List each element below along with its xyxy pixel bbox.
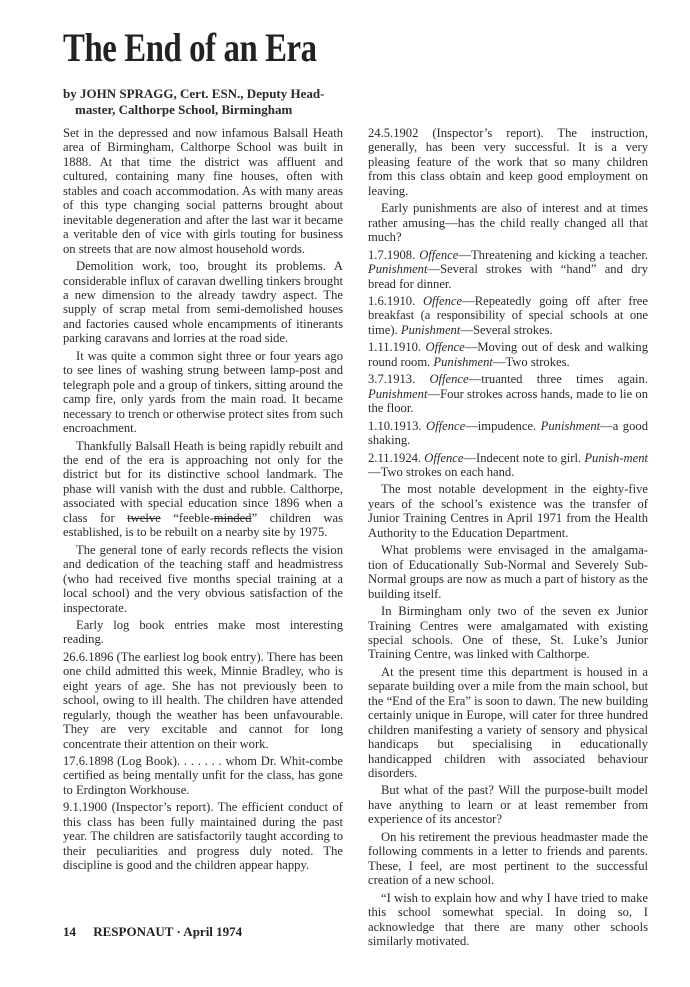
offence-label: Offence bbox=[426, 419, 465, 433]
left-column: Set in the depressed and now infamous Ba… bbox=[63, 126, 343, 876]
byline-line-1: by JOHN SPRAGG, Cert. ESN., Deputy Head- bbox=[63, 86, 324, 101]
paragraph: Thankfully Balsall Heath is being rapidl… bbox=[63, 439, 343, 540]
punishment-text: —Two strokes on each hand. bbox=[368, 465, 514, 479]
paragraph: The general tone of early records reflec… bbox=[63, 543, 343, 615]
punishment-entry: 2.11.1924. Offence—Indecent note to girl… bbox=[368, 451, 648, 480]
entry-date: 2.11.1924. bbox=[368, 451, 421, 465]
punishment-entry: 1.7.1908. Offence—Threatening and kickin… bbox=[368, 248, 648, 291]
paragraph: What problems were envisaged in the amal… bbox=[368, 543, 648, 601]
paragraph: Demolition work, too, brought its proble… bbox=[63, 259, 343, 346]
punishment-label: Punishment bbox=[433, 355, 492, 369]
offence-text: —Indecent note to girl. bbox=[463, 451, 584, 465]
paragraph: Set in the depressed and now infamous Ba… bbox=[63, 126, 343, 256]
entry-date: 1.6.1910. bbox=[368, 294, 415, 308]
right-column: 24.5.1902 (Inspector’s report). The inst… bbox=[368, 126, 648, 951]
paragraph: Early log book entries make most interes… bbox=[63, 618, 343, 647]
byline-line-2: master, Calthorpe School, Birmingham bbox=[63, 102, 353, 118]
punishment-entry: 1.11.1910. Offence—Moving out of desk an… bbox=[368, 340, 648, 369]
log-entry: 24.5.1902 (Inspector’s report). The inst… bbox=[368, 126, 648, 198]
offence-label: Offence bbox=[419, 248, 458, 262]
page-number: 14 bbox=[63, 924, 76, 939]
log-entry: 9.1.1900 (Inspector’s report). The effic… bbox=[63, 800, 343, 872]
punishment-entry: 3.7.1913. Offence—truanted three times a… bbox=[368, 372, 648, 415]
page-footer: 14 RESPONAUT · April 1974 bbox=[63, 924, 242, 940]
publication-info: RESPONAUT · April 1974 bbox=[93, 924, 242, 939]
offence-text: —Threatening and kicking a teacher. bbox=[458, 248, 648, 262]
log-entry: 17.6.1898 (Log Book). . . . . . . whom D… bbox=[63, 754, 343, 797]
paragraph: The most notable development in the eigh… bbox=[368, 482, 648, 540]
punishment-label: Punishment bbox=[368, 262, 427, 276]
entry-date: 1.10.1913. bbox=[368, 419, 422, 433]
entry-date: 3.7.1913. bbox=[368, 372, 415, 386]
text-run: “feeble- bbox=[161, 511, 214, 525]
offence-text: —truanted three times again. bbox=[469, 372, 648, 386]
punishment-text: —Two strokes. bbox=[493, 355, 570, 369]
offence-label: Offence bbox=[426, 340, 465, 354]
paragraph: On his retirement the previous headmaste… bbox=[368, 830, 648, 888]
paragraph: “I wish to explain how and why I have tr… bbox=[368, 891, 648, 949]
paragraph: In Birmingham only two of the seven ex J… bbox=[368, 604, 648, 662]
byline: by JOHN SPRAGG, Cert. ESN., Deputy Head-… bbox=[63, 86, 353, 118]
offence-text: —impudence. bbox=[465, 419, 540, 433]
article-title: The End of an Era bbox=[63, 24, 317, 71]
entry-date: 1.7.1908. bbox=[368, 248, 415, 262]
entry-date: 1.11.1910. bbox=[368, 340, 421, 354]
paragraph: It was quite a common sight three or fou… bbox=[63, 349, 343, 436]
paragraph: At the present time this department is h… bbox=[368, 665, 648, 781]
paragraph: But what of the past? Will the purpose-b… bbox=[368, 783, 648, 826]
offence-label: Offence bbox=[423, 294, 462, 308]
paragraph: Early punishments are also of interest a… bbox=[368, 201, 648, 244]
punishment-text: —Several strokes. bbox=[460, 323, 552, 337]
punishment-label: Punishment bbox=[368, 387, 427, 401]
offence-label: Offence bbox=[424, 451, 463, 465]
punishment-entry: 1.6.1910. Offence—Repeatedly going off a… bbox=[368, 294, 648, 337]
log-entry: 26.6.1896 (The earliest log book entry).… bbox=[63, 650, 343, 751]
punishment-label: Punishment bbox=[401, 323, 460, 337]
struck-word: twelve bbox=[127, 511, 161, 525]
punishment-entry: 1.10.1913. Offence—impudence. Punishment… bbox=[368, 419, 648, 448]
struck-word: minded bbox=[214, 511, 252, 525]
punishment-label: Punish-ment bbox=[584, 451, 648, 465]
punishment-label: Punishment bbox=[541, 419, 600, 433]
offence-label: Offence bbox=[429, 372, 468, 386]
